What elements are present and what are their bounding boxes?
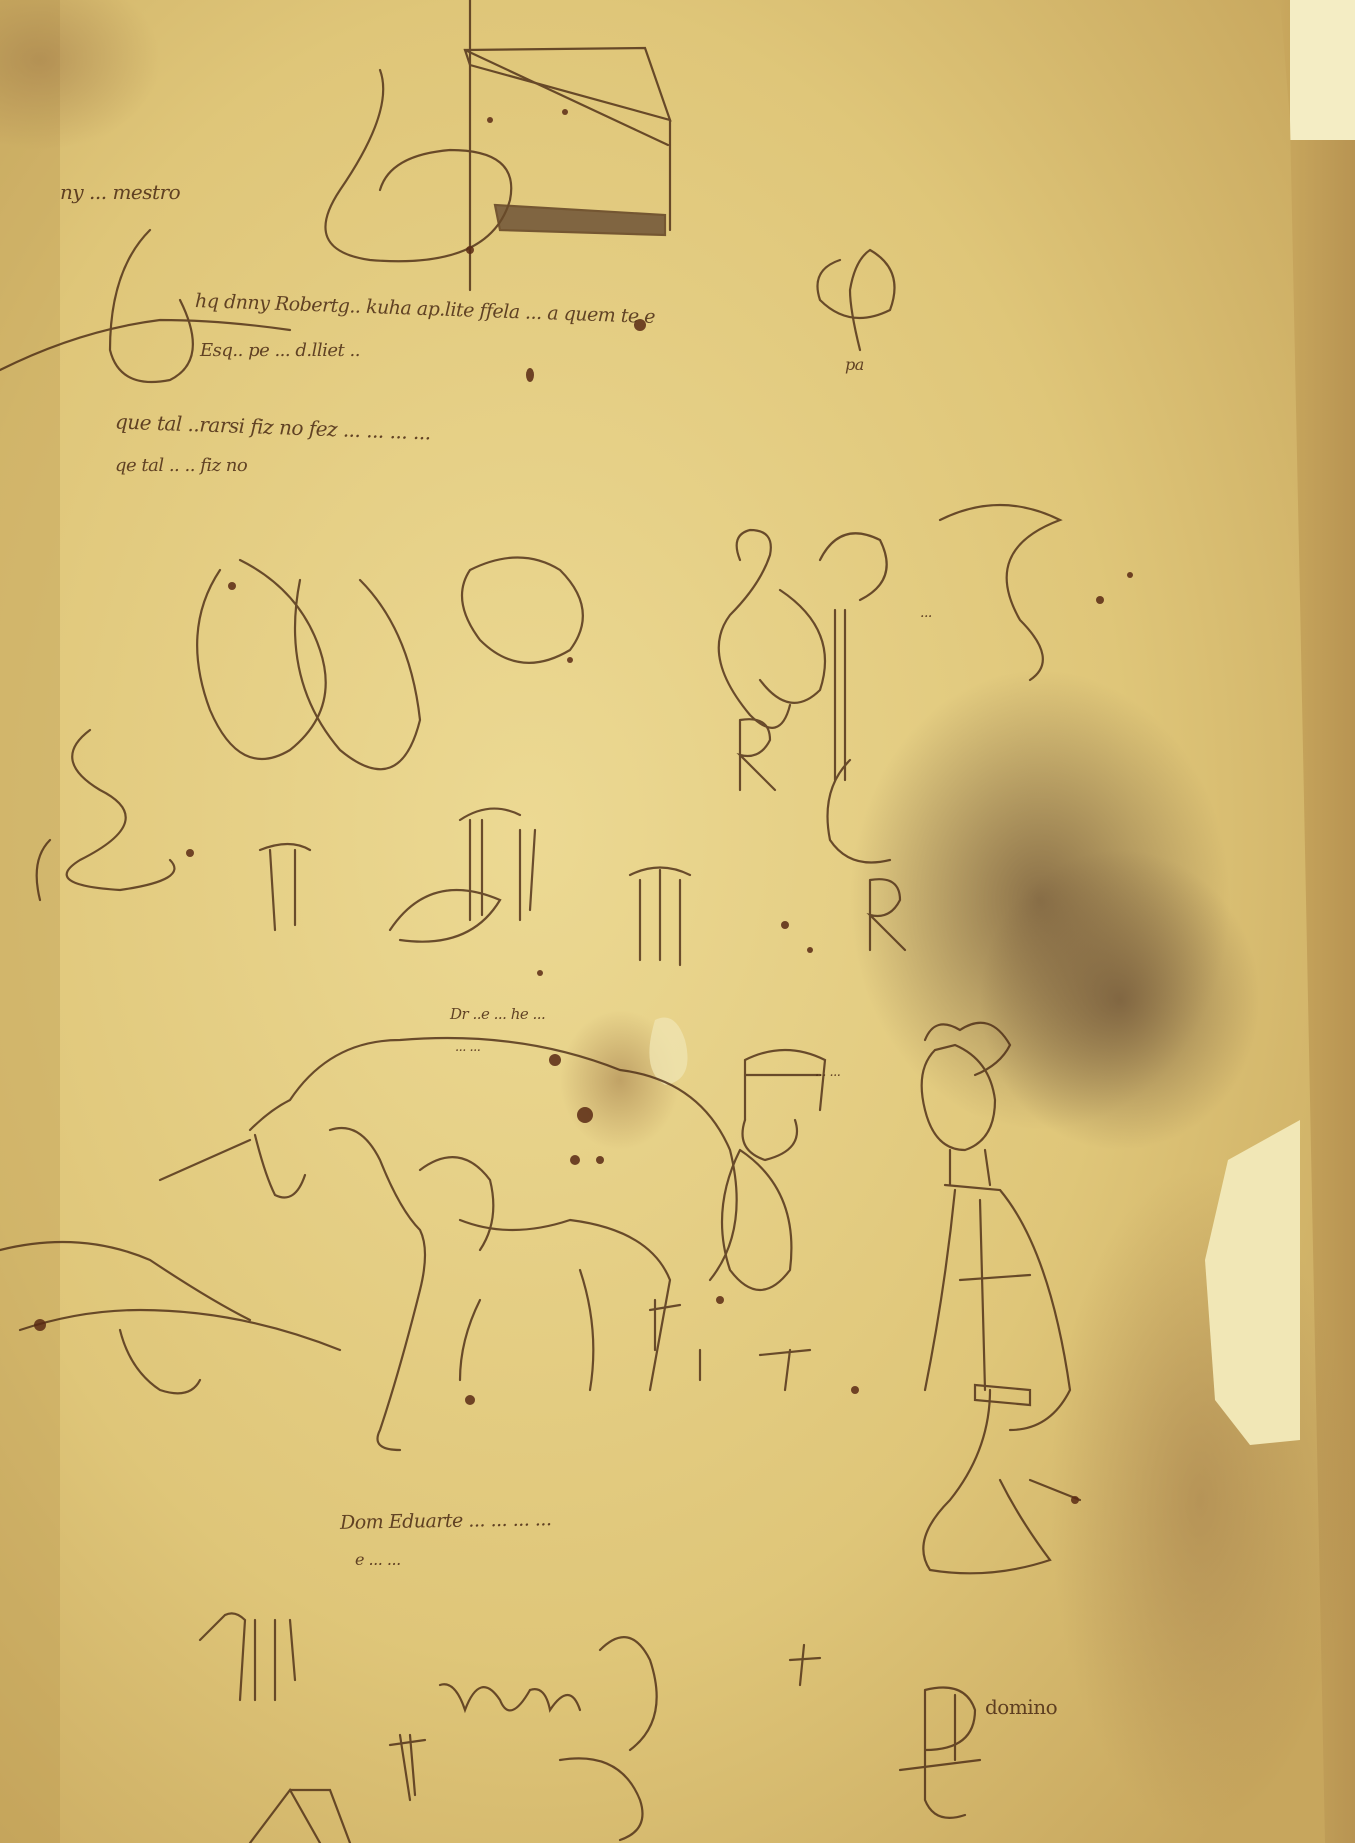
right-note: ... bbox=[920, 605, 932, 621]
pen-trial-line-1: ny ... mestro bbox=[60, 180, 180, 204]
pen-trial-line-8: e ... ... bbox=[355, 1550, 401, 1569]
pen-trial-line-5: qe tal .. .. fiz no bbox=[115, 455, 247, 476]
hood-caption: ... ... bbox=[815, 1065, 840, 1080]
unicorn-caption-2: ... ... bbox=[455, 1040, 480, 1055]
pa-label: pa bbox=[845, 355, 864, 374]
manuscript-photo: ny ... mestro hq dnny Robertg.. kuha ap.… bbox=[0, 0, 1355, 1843]
domino-label: domino bbox=[985, 1695, 1057, 1719]
pen-trial-line-7: Dom Eduarte ... ... ... ... bbox=[340, 1508, 552, 1534]
parchment-leaf bbox=[0, 0, 1355, 1843]
unicorn-caption-1: Dr ..e ... he ... bbox=[450, 1005, 545, 1023]
pen-trial-line-3: Esq.. pe ... d.lliet .. bbox=[200, 340, 360, 361]
